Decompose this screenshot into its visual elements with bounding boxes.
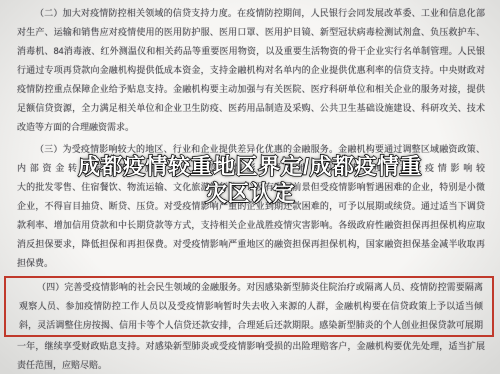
highlight-box: （四）完善受疫情影响的社会民生领域的金融服务。对因感染新型肺炎住院治疗或隔离人员… — [4, 276, 494, 337]
text-line: 疫情防控重点保障企业给予贴息支持。金融机构要主动加强与有关医院、医疗科研单位和相… — [17, 80, 485, 99]
text-line: 消反担保要求，降低担保和再担保费。对受疫情影响严重地区的融资担保再担保机构，国家… — [17, 235, 485, 254]
text-line: 责任范围，应赔尽赔。 — [17, 356, 485, 374]
paragraph-clause-2: （二）加大对疫情防控相关领域的信贷支持力度。在疫情防控期间，人民银行会同发展改革… — [17, 4, 485, 137]
overlay-title-line: 灾区认定 — [0, 180, 500, 207]
text-line: 观察人员、参加疫情防控工作人员以及受疫情影响暂时失去收入来源的人群，金融机构要在… — [19, 297, 483, 316]
text-line: 足额信贷资源，全力满足相关单位和企业卫生防疫、医药用品制造及采购、公共卫生基础设… — [17, 99, 485, 118]
text-line: 一年，继续享受财政贴息支持。对感染新型肺炎或受疫情影响受损的出险理赔客户，金融机… — [17, 337, 485, 356]
text-line: 消毒机、84消毒液、红外测温仪和相关药品等重要医用物资，以及重要生活物资的骨干企… — [17, 42, 485, 61]
text-line: 改造等方面的合理融资需求。 — [17, 118, 485, 137]
text-line: 对生产、运输和销售应对疫情使用的医用防护服、医用口罩、医用护目镜、新型冠状病毒检… — [17, 23, 485, 42]
text-line: 斜，灵活调整住房按揭、信用卡等个人信贷还款安排，合理延后还款期限。感染新型肺炎的… — [19, 316, 483, 335]
overlay-title-line: 成都疫情较重地区界定/成都疫情重 — [0, 153, 500, 180]
text-line: （四）完善受疫情影响的社会民生领域的金融服务。对因感染新型肺炎住院治疗或隔离人员… — [19, 278, 483, 297]
paragraph-clause-4: （四）完善受疫情影响的社会民生领域的金融服务。对因感染新型肺炎住院治疗或隔离人员… — [17, 276, 485, 374]
text-line: 行通过专项再贷款向金融机构提供低成本资金，支持金融机构对名单内的企业提供优惠利率… — [17, 61, 485, 80]
overlay-title: 成都疫情较重地区界定/成都疫情重灾区认定 — [0, 153, 500, 207]
text-line: （二）加大对疫情防控相关领域的信贷支持力度。在疫情防控期间，人民银行会同发展改革… — [17, 4, 485, 23]
text-line: 担保费。 — [17, 254, 485, 273]
article-image: { "overlay": { "title_lines": [ "成都疫情较重地… — [0, 0, 500, 374]
text-line: 款利率、增加信用贷款和中长期贷款等方式，支持相关企业战胜疫情灾害影响。各级政府性… — [17, 216, 485, 235]
